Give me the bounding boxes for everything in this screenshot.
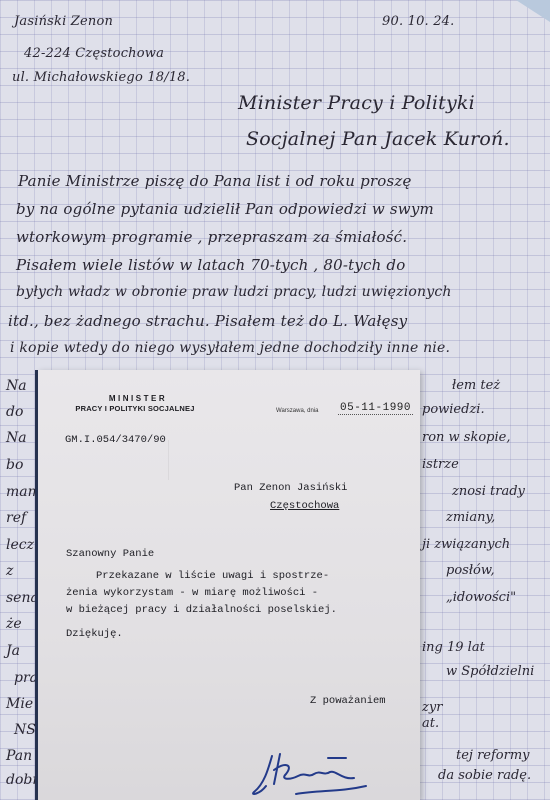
body-line: byłych władz w obronie praw ludzi pracy,… [16, 284, 452, 300]
left-margin-fragment: Pan [6, 748, 32, 764]
right-margin-fragment: ron w skopie, [422, 430, 511, 445]
handwritten-date: 90. 10. 24. [382, 14, 455, 29]
place-label: Warszawa, dnia [276, 408, 318, 414]
right-margin-fragment: łem też [452, 378, 500, 393]
left-margin-fragment: z [6, 563, 13, 579]
sender-postal: 42-224 Częstochowa [24, 46, 164, 61]
letter-body-line: w bieżącej pracy i działalności poselski… [66, 604, 337, 616]
sender-name: Jasiński Zenon [14, 14, 113, 29]
closing-line: Z poważaniem [310, 695, 386, 707]
right-margin-fragment: posłów, [446, 563, 495, 578]
left-margin-fragment: Na [6, 430, 27, 446]
right-margin-fragment: da sobie radę. [438, 768, 531, 783]
left-margin-fragment: Mie [6, 696, 33, 712]
sender-street: ul. Michałowskiego 18/18. [12, 70, 190, 85]
right-margin-fragment: ji związanych [422, 537, 510, 552]
body-line: itd., bez żadnego strachu. Pisałem też d… [8, 312, 407, 330]
left-margin-fragment: sena [6, 590, 39, 606]
right-margin-fragment: at. [422, 716, 439, 731]
right-margin-fragment: powiedzi. [422, 402, 485, 417]
left-margin-fragment: dobr [6, 772, 39, 788]
letterhead-title: MINISTER [48, 394, 228, 403]
letter-body-line: żenia wykorzystam - w miarę możliwości - [66, 587, 318, 599]
typed-date: 05-11-1990 [338, 402, 413, 415]
left-margin-fragment: Na [6, 378, 27, 394]
left-margin-fragment: mam [6, 484, 41, 500]
right-margin-fragment: tej reformy [456, 748, 530, 763]
paper-crease [168, 440, 169, 480]
right-margin-fragment: znosi trady [452, 484, 525, 499]
right-margin-fragment: w Spółdzielni [446, 664, 534, 679]
recipient-line-2: Socjalnej Pan Jacek Kuroń. [246, 128, 510, 150]
left-margin-fragment: że [6, 616, 22, 632]
body-line: wtorkowym programie , przepraszam za śmi… [16, 228, 407, 246]
typed-ministry-letter: MINISTER PRACY I POLITYKI SOCJALNEJ Wars… [38, 370, 420, 800]
left-margin-fragment: ref [6, 510, 26, 526]
body-line: Pisałem wiele listów w latach 70-tych , … [16, 256, 405, 274]
signature-icon [250, 750, 400, 800]
left-margin-fragment: lecz [6, 537, 34, 553]
thanks-line: Dziękuję. [66, 628, 123, 640]
recipient-line-1: Minister Pracy i Polityki [238, 92, 475, 114]
right-margin-fragment: zyr [422, 700, 442, 715]
left-margin-fragment: bo [6, 457, 23, 473]
body-line: i kopie wtedy do niego wysyłałem jedne d… [10, 340, 450, 356]
right-margin-fragment: zmiany, [446, 510, 495, 525]
body-line: by na ogólne pytania udzielił Pan odpowi… [16, 200, 434, 218]
left-margin-fragment: Ja [6, 643, 20, 659]
right-margin-fragment: „idowości" [446, 590, 516, 605]
body-line: Panie Ministrze piszę do Pana list i od … [18, 172, 412, 190]
right-margin-fragment: istrze [422, 457, 459, 472]
letterhead-subtitle: PRACY I POLITYKI SOCJALNEJ [50, 404, 220, 413]
reference-number: GM.I.054/3470/90 [65, 434, 166, 446]
salutation: Szanowny Panie [66, 548, 154, 560]
addressee-name: Pan Zenon Jasiński [234, 482, 347, 494]
letter-body-line: Przekazane w liście uwagi i spostrze- [66, 570, 329, 582]
addressee-city: Częstochowa [270, 500, 339, 512]
left-margin-fragment: do [6, 404, 23, 420]
page-corner-background [516, 0, 550, 22]
right-margin-fragment: ing 19 lat [422, 640, 485, 655]
